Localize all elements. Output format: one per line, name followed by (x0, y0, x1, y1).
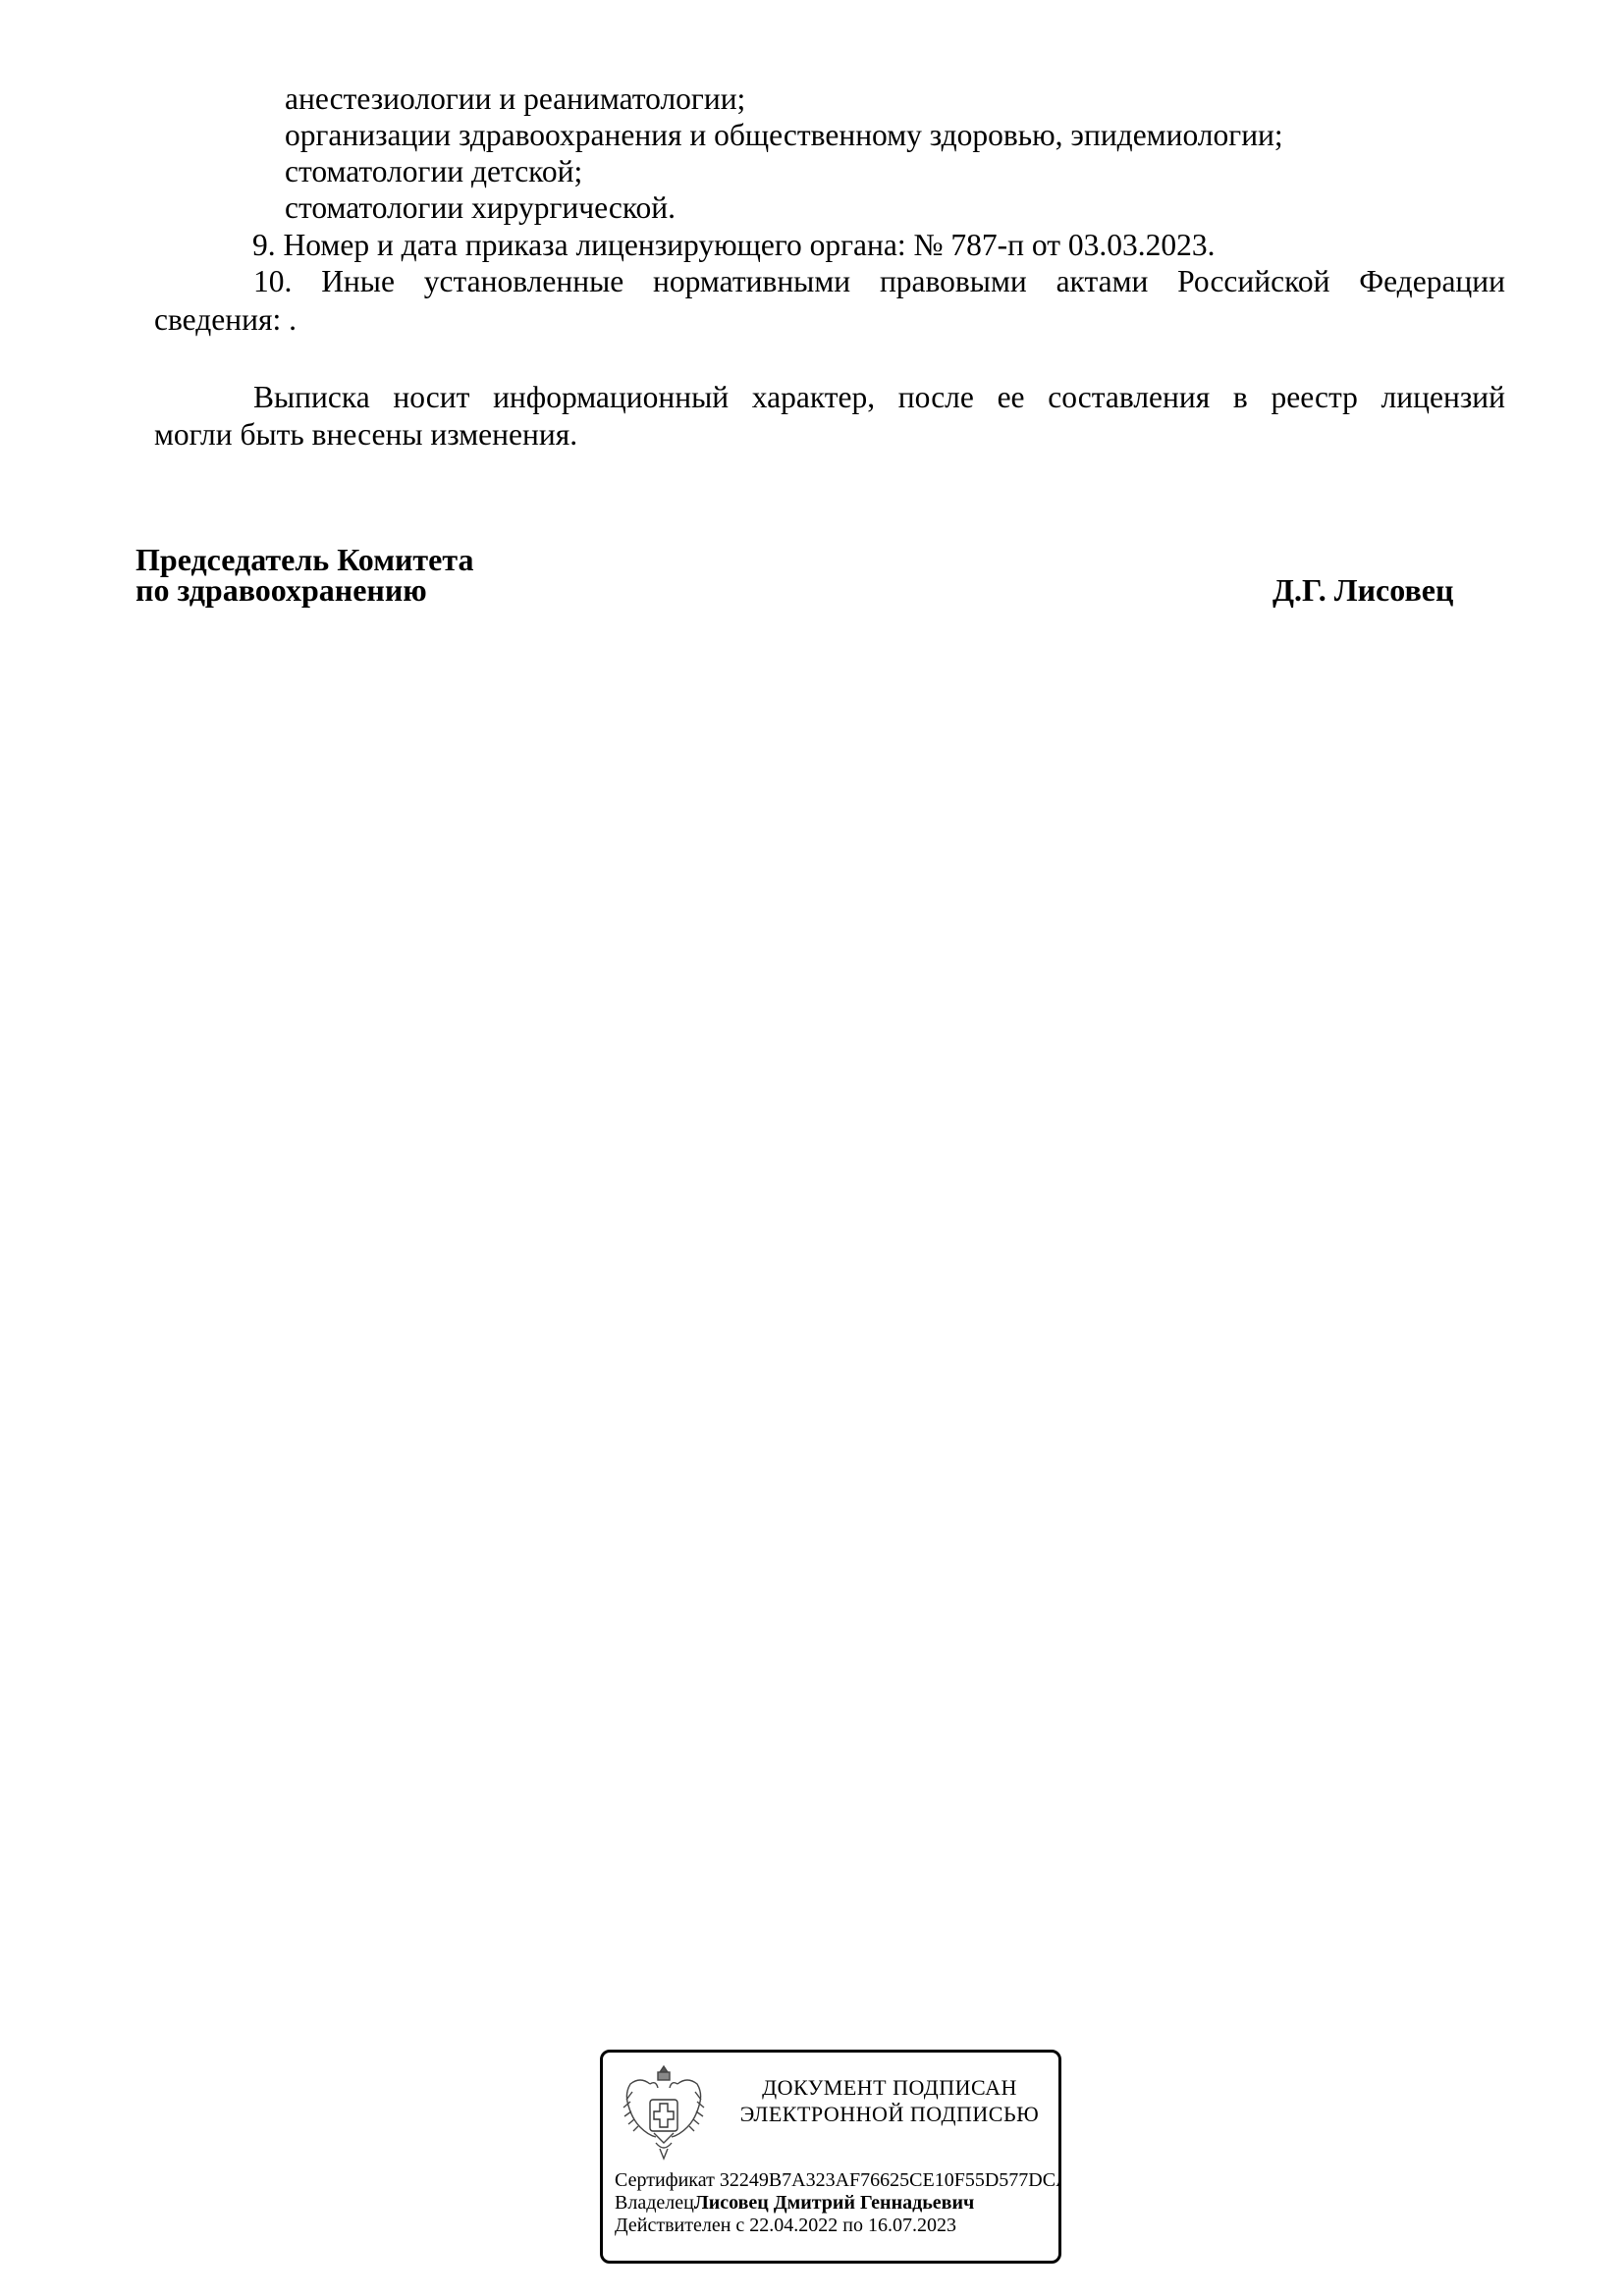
owner-line: ВладелецЛисовец Дмитрий Геннадьевич (615, 2192, 974, 2215)
certificate-label: Сертификат (615, 2169, 715, 2191)
owner-label: Владелец (615, 2192, 694, 2214)
owner-value: Лисовец Дмитрий Геннадьевич (694, 2192, 974, 2214)
specialty-item: стоматологии хирургической. (285, 189, 676, 226)
electronic-signature-stamp: ДОКУМЕНТ ПОДПИСАН ЭЛЕКТРОННОЙ ПОДПИСЬЮ С… (600, 2050, 1061, 2264)
validity-label: Действителен (615, 2215, 731, 2236)
other-info-line2: сведения: . (154, 301, 297, 338)
stamp-heading-line1: ДОКУМЕНТ ПОДПИСАН (721, 2074, 1058, 2101)
specialty-item: стоматологии детской; (285, 153, 582, 189)
stamp-heading-line2: ЭЛЕКТРОННОЙ ПОДПИСЬЮ (721, 2101, 1058, 2127)
signatory-title-line2: по здравоохранению (135, 572, 427, 609)
certificate-line: Сертификат 32249B7A323AF76625CE10F55D577… (615, 2169, 1061, 2192)
notice-line1: Выписка носит информационный характер, п… (253, 379, 1505, 415)
other-info-line1: 10. Иные установленные нормативными прав… (253, 263, 1505, 299)
order-number-line: 9. Номер и дата приказа лицензирующего о… (252, 227, 1216, 263)
double-headed-eagle-emblem-icon (621, 2062, 707, 2163)
certificate-value: 32249B7A323AF76625CE10F55D577DCA (720, 2169, 1061, 2191)
signatory-name: Д.Г. Лисовец (1272, 572, 1453, 609)
specialty-item: анестезиологии и реаниматологии; (285, 80, 745, 117)
notice-line2: могли быть внесены изменения. (154, 416, 577, 453)
validity-line: Действителен с 22.04.2022 по 16.07.2023 (615, 2215, 956, 2237)
specialty-item: организации здравоохранения и общественн… (285, 117, 1283, 153)
validity-value: с 22.04.2022 по 16.07.2023 (735, 2215, 956, 2236)
stamp-heading: ДОКУМЕНТ ПОДПИСАН ЭЛЕКТРОННОЙ ПОДПИСЬЮ (721, 2074, 1058, 2127)
